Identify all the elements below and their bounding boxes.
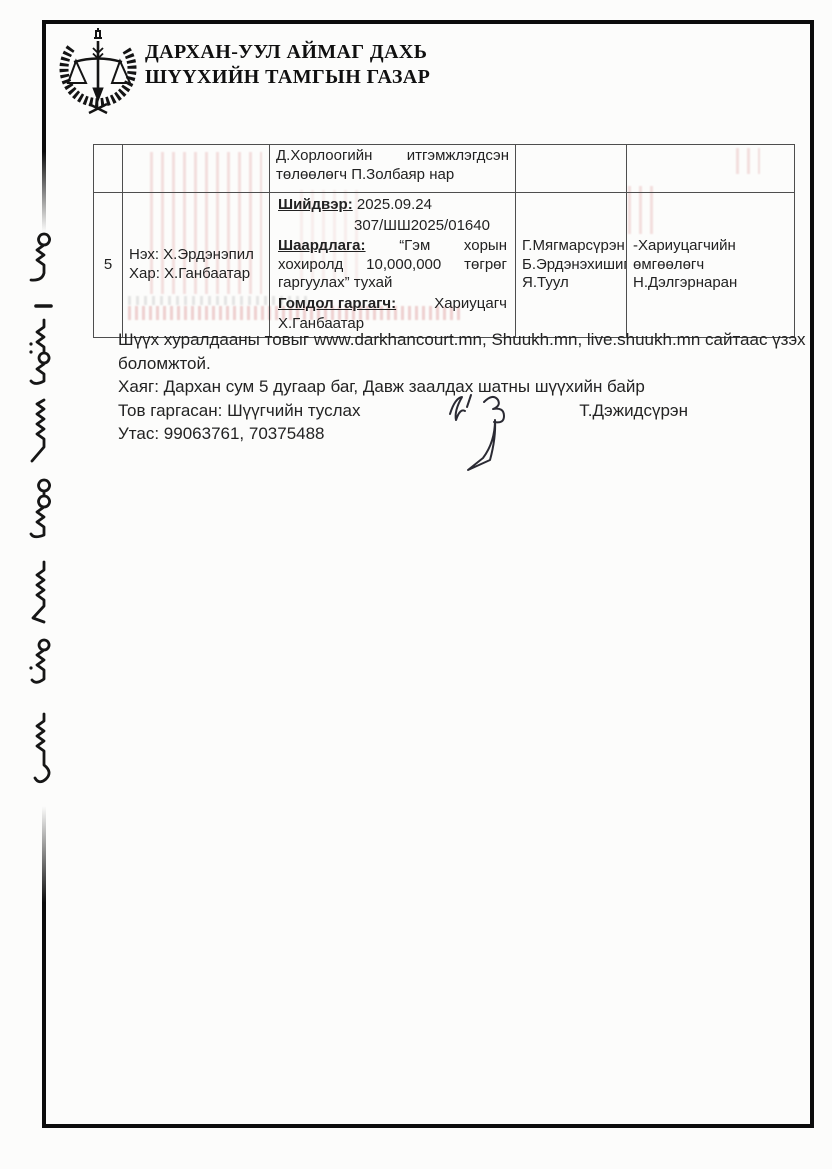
scanned-court-schedule-page: ДАРХАН-УУЛ АЙМАГ ДАХЬ ШҮҮХИЙН ТАМГЫН ГАЗ… bbox=[0, 0, 832, 1169]
signature-icon bbox=[438, 386, 538, 472]
complaint-line: Гомдол гаргагч: Хариуцагч bbox=[276, 294, 509, 315]
cell-judges: Г.Мягмарсүрэн Б.Эрдэнэхишиг Я.Туул bbox=[516, 193, 627, 338]
decision-line: Шийдвэр: 2025.09.24 bbox=[276, 195, 509, 216]
table-row-previous-fragment: Д.Хорлоогийн итгэмжлэгдсэн төлөөлөгч П.З… bbox=[94, 145, 795, 193]
table-row-case-5: 5 Нэх: Х.Эрдэнэпил Хар: Х.Ганбаатар Шийд… bbox=[94, 193, 795, 338]
organization-name-line1: ДАРХАН-УУЛ АЙМАГ ДАХЬ bbox=[145, 40, 430, 65]
frame-border-left-lower bbox=[42, 806, 46, 1128]
participant-line: өмгөөлөгч bbox=[633, 256, 788, 275]
case-number: 307/ШШ2025/01640 bbox=[352, 216, 509, 237]
cell-parties: Нэх: Х.Эрдэнэпил Хар: Х.Ганбаатар bbox=[123, 193, 270, 338]
organization-name: ДАРХАН-УУЛ АЙМАГ ДАХЬ ШҮҮХИЙН ТАМГЫН ГАЗ… bbox=[145, 40, 430, 90]
judge-name: Я.Туул bbox=[522, 274, 620, 293]
claim-line: Шаардлага: “Гэм хорын хохиролд 10,000,00… bbox=[276, 236, 509, 294]
decision-date: 2025.09.24 bbox=[357, 196, 432, 213]
participant-line: Н.Дэлгэрнаран bbox=[633, 274, 788, 293]
frame-border-right bbox=[810, 20, 814, 1128]
judge-name: Г.Мягмарсүрэн bbox=[522, 237, 620, 256]
cell-number-empty bbox=[94, 145, 123, 193]
cell-representative: Д.Хорлоогийн итгэмжлэгдсэн төлөөлөгч П.З… bbox=[270, 145, 516, 193]
frame-border-top bbox=[42, 20, 814, 24]
defendant: Хар: Х.Ганбаатар bbox=[129, 265, 263, 284]
participant-line: -Хариуцагчийн bbox=[633, 237, 788, 256]
cell-participants-empty bbox=[627, 145, 795, 193]
cell-case-number-ordinal: 5 bbox=[94, 193, 123, 338]
plaintiff: Нэх: Х.Эрдэнэпил bbox=[129, 246, 263, 265]
complaint-label: Гомдол гаргагч: bbox=[278, 295, 396, 314]
frame-border-bottom bbox=[42, 1124, 814, 1128]
secretary-name: Т.Дэжидсүрэн bbox=[579, 399, 688, 423]
schedule-info: Шүүх хуралдааны товыг www.darkhancourt.m… bbox=[118, 328, 806, 375]
claim-label: Шаардлага: bbox=[278, 237, 366, 254]
cell-participants: -Хариуцагчийн өмгөөлөгч Н.Дэлгэрнаран bbox=[627, 193, 795, 338]
court-emblem-icon bbox=[56, 27, 140, 117]
decision-label: Шийдвэр: bbox=[278, 196, 353, 213]
cell-case-details: Шийдвэр: 2025.09.24 307/ШШ2025/01640 Шаа… bbox=[270, 193, 516, 338]
hearing-schedule-table: Д.Хорлоогийн итгэмжлэгдсэн төлөөлөгч П.З… bbox=[93, 144, 795, 338]
complainant-role: Хариуцагч bbox=[434, 295, 507, 314]
cell-judges-empty bbox=[516, 145, 627, 193]
mongolian-vertical-script bbox=[22, 168, 68, 816]
organization-name-line2: ШҮҮХИЙН ТАМГЫН ГАЗАР bbox=[145, 65, 430, 90]
prepared-by: Тов гаргасан: Шүүгчийн туслах bbox=[118, 399, 360, 423]
judge-name: Б.Эрдэнэхишиг bbox=[522, 256, 620, 275]
cell-parties-empty bbox=[123, 145, 270, 193]
